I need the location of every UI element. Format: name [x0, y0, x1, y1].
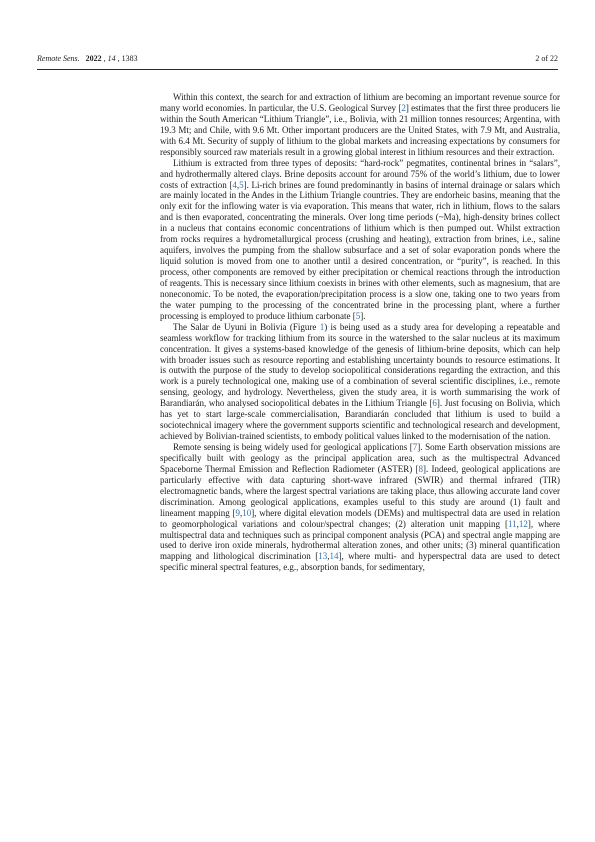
citation-link[interactable]: 11 — [508, 519, 517, 529]
article-body: Within this context, the search for and … — [160, 92, 560, 573]
text-run: The Salar de Uyuni in Bolivia (Figure — [173, 322, 320, 332]
text-run: ]. — [360, 311, 365, 321]
citation-link[interactable]: 13 — [318, 551, 327, 561]
paragraph-remote-sensing-applications: Remote sensing is being widely used for … — [160, 442, 560, 573]
paragraph-deposit-types: Lithium is extracted from three types of… — [160, 158, 560, 322]
journal-page: Remote Sens. 2022 , 14 , 1383 2 of 22 Wi… — [0, 0, 595, 842]
text-run: ]. Li-rich brines are found predominantl… — [160, 180, 560, 321]
journal-name: Remote Sens. — [37, 54, 80, 63]
text-run: Remote sensing is being widely used for … — [173, 442, 413, 452]
citation-link[interactable]: 10 — [242, 508, 251, 518]
journal-year: 2022 — [86, 54, 102, 63]
page-number: 2 of 22 — [535, 54, 558, 63]
journal-reference: Remote Sens. 2022 , 14 , 1383 — [37, 54, 138, 63]
header-space — [82, 54, 84, 63]
journal-volume: 14 — [108, 54, 116, 63]
citation-link[interactable]: 12 — [519, 519, 528, 529]
article-number: 1383 — [122, 54, 138, 63]
page-header: Remote Sens. 2022 , 14 , 1383 2 of 22 — [37, 54, 558, 63]
text-run: ) is being used as a study area for deve… — [160, 322, 560, 409]
header-rule — [37, 69, 558, 70]
paragraph-salar-de-uyuni: The Salar de Uyuni in Bolivia (Figure 1)… — [160, 322, 560, 442]
paragraph-intro-lithium-economy: Within this context, the search for and … — [160, 92, 560, 158]
